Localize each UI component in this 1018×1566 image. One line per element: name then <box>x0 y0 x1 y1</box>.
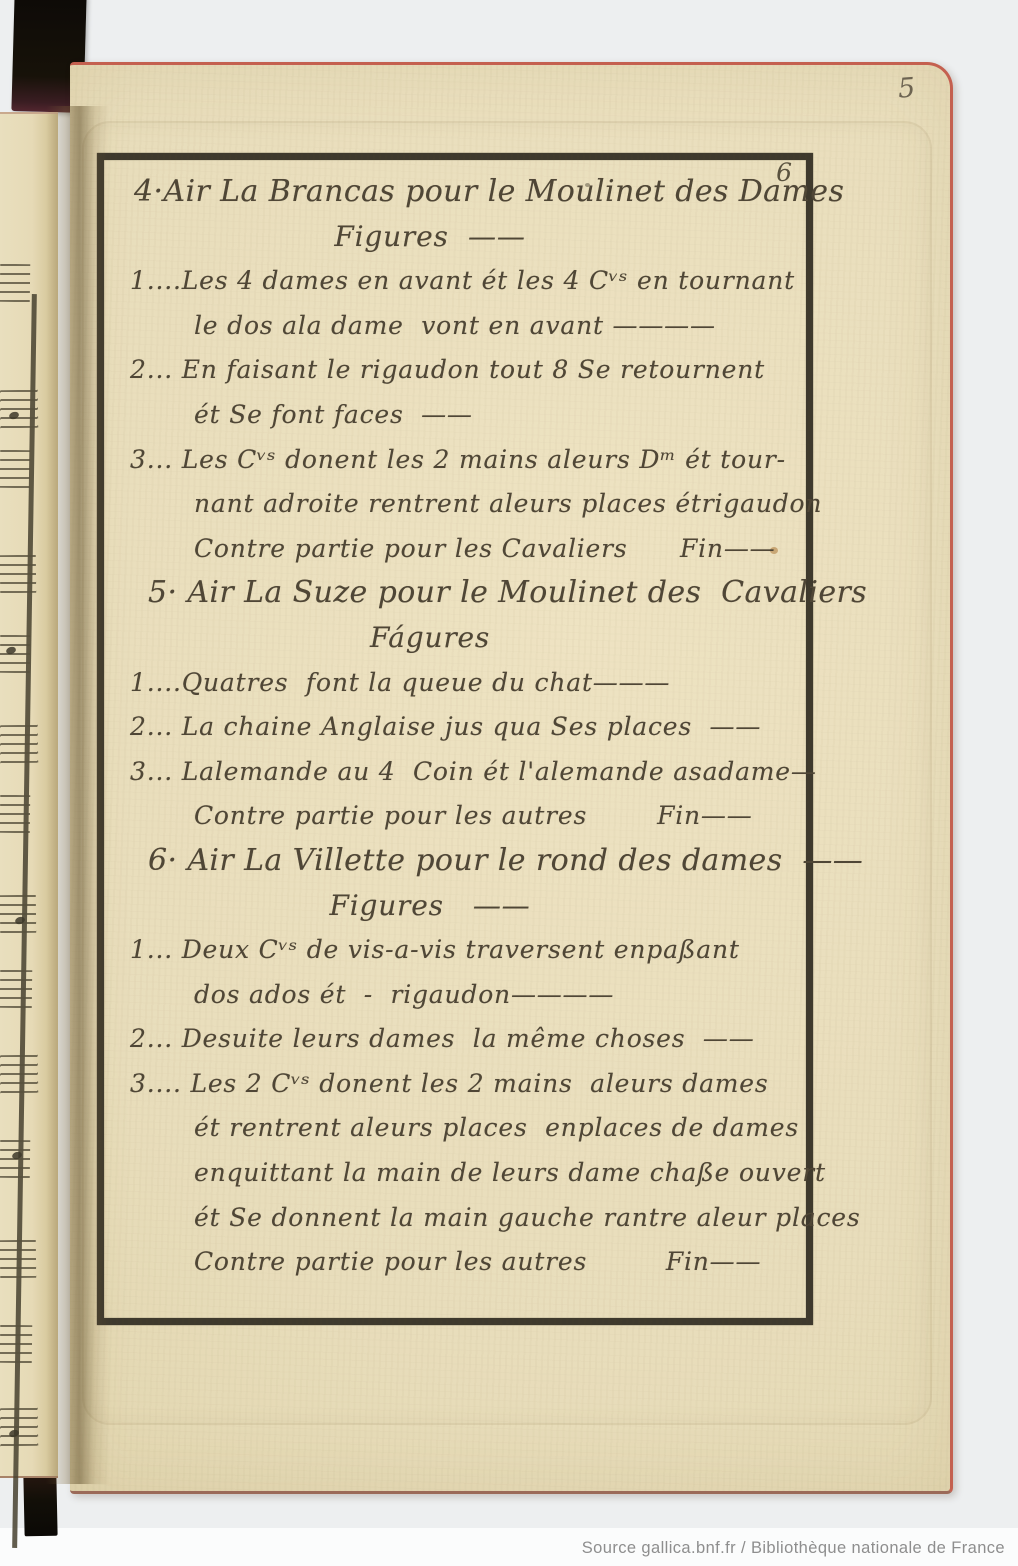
music-staff-fragment <box>0 555 36 593</box>
manuscript-line: ét Se font faces —— <box>104 393 806 438</box>
ink-frame: 6 4·Air La Brancas pour le Moulinet des … <box>97 153 813 1325</box>
manuscript-line: 5· Air La Suze pour le Moulinet des Cava… <box>104 571 806 616</box>
manuscript-line: enquittant la main de leurs dame chaße o… <box>104 1151 806 1196</box>
manuscript-line: Contre partie pour les autres Fin—— <box>104 794 806 839</box>
manuscript-line: 2... Desuite leurs dames la même choses … <box>104 1017 806 1062</box>
manuscript-line: 2... En faisant le rigaudon tout 8 Se re… <box>104 348 806 393</box>
manuscript-lines: 4·Air La Brancas pour le Moulinet des Da… <box>104 160 806 1318</box>
music-staff-fragment <box>0 895 36 933</box>
manuscript-line: ét Se donnent la main gauche rantre aleu… <box>104 1196 806 1241</box>
music-staff-fragment <box>0 390 38 429</box>
attribution-text: Source gallica.bnf.fr / Bibliothèque nat… <box>582 1539 1005 1558</box>
manuscript-line: Figures —— <box>104 884 806 929</box>
manuscript-line: nant adroite rentrent aleurs places étri… <box>104 482 806 527</box>
music-staff-fragment <box>0 450 30 488</box>
music-staff-fragment <box>0 970 32 1008</box>
music-staff-fragment <box>0 635 30 673</box>
manuscript-line: 3... Lalemande au 4 Coin ét l'alemande a… <box>104 750 806 795</box>
main-page: 5 6 4·Air La Brancas pour le Moulinet de… <box>70 62 953 1494</box>
manuscript-line: ét rentrent aleurs places enplaces de da… <box>104 1106 806 1151</box>
music-staff-fragment <box>0 725 38 764</box>
manuscript-line: 1... Deux Cᵛˢ de vis-a-vis traversent en… <box>104 928 806 973</box>
manuscript-line: 2... La chaine Anglaise jus qua Ses plac… <box>104 705 806 750</box>
music-staff-fragment <box>0 1055 38 1094</box>
manuscript-line: Fágures <box>104 616 806 661</box>
manuscript-line: 6· Air La Villette pour le rond des dame… <box>104 839 806 884</box>
manuscript-line: 3.... Les 2 Cᵛˢ donent les 2 mains aleur… <box>104 1062 806 1107</box>
manuscript-line: Figures —— <box>104 215 806 260</box>
manuscript-line: Contre partie pour les Cavaliers Fin—— <box>104 527 806 572</box>
manuscript-line: dos ados ét - rigaudon———— <box>104 973 806 1018</box>
music-staff-fragment <box>0 1325 32 1363</box>
manuscript-line: 3... Les Cᵛˢ donent les 2 mains aleurs D… <box>104 438 806 483</box>
scanned-book-page: Source gallica.bnf.fr / Bibliothèque nat… <box>0 0 1018 1566</box>
manuscript-line: le dos ala dame vont en avant ———— <box>104 304 806 349</box>
manuscript-line: 1....Quatres font la queue du chat——— <box>104 661 806 706</box>
music-staff-fragment <box>0 264 30 302</box>
manuscript-line: 4·Air La Brancas pour le Moulinet des Da… <box>104 170 806 215</box>
music-staff-fragment <box>0 1240 36 1278</box>
manuscript-line: Contre partie pour les autres Fin—— <box>104 1240 806 1285</box>
left-page-sliver <box>0 112 58 1478</box>
manuscript-line: 1....Les 4 dames en avant ét les 4 Cᵛˢ e… <box>104 259 806 304</box>
music-staff-fragment <box>0 795 30 833</box>
bookmark-ribbon-bottom <box>23 1476 57 1537</box>
page-number: 5 <box>897 72 916 104</box>
music-staff-fragment <box>0 1408 38 1447</box>
